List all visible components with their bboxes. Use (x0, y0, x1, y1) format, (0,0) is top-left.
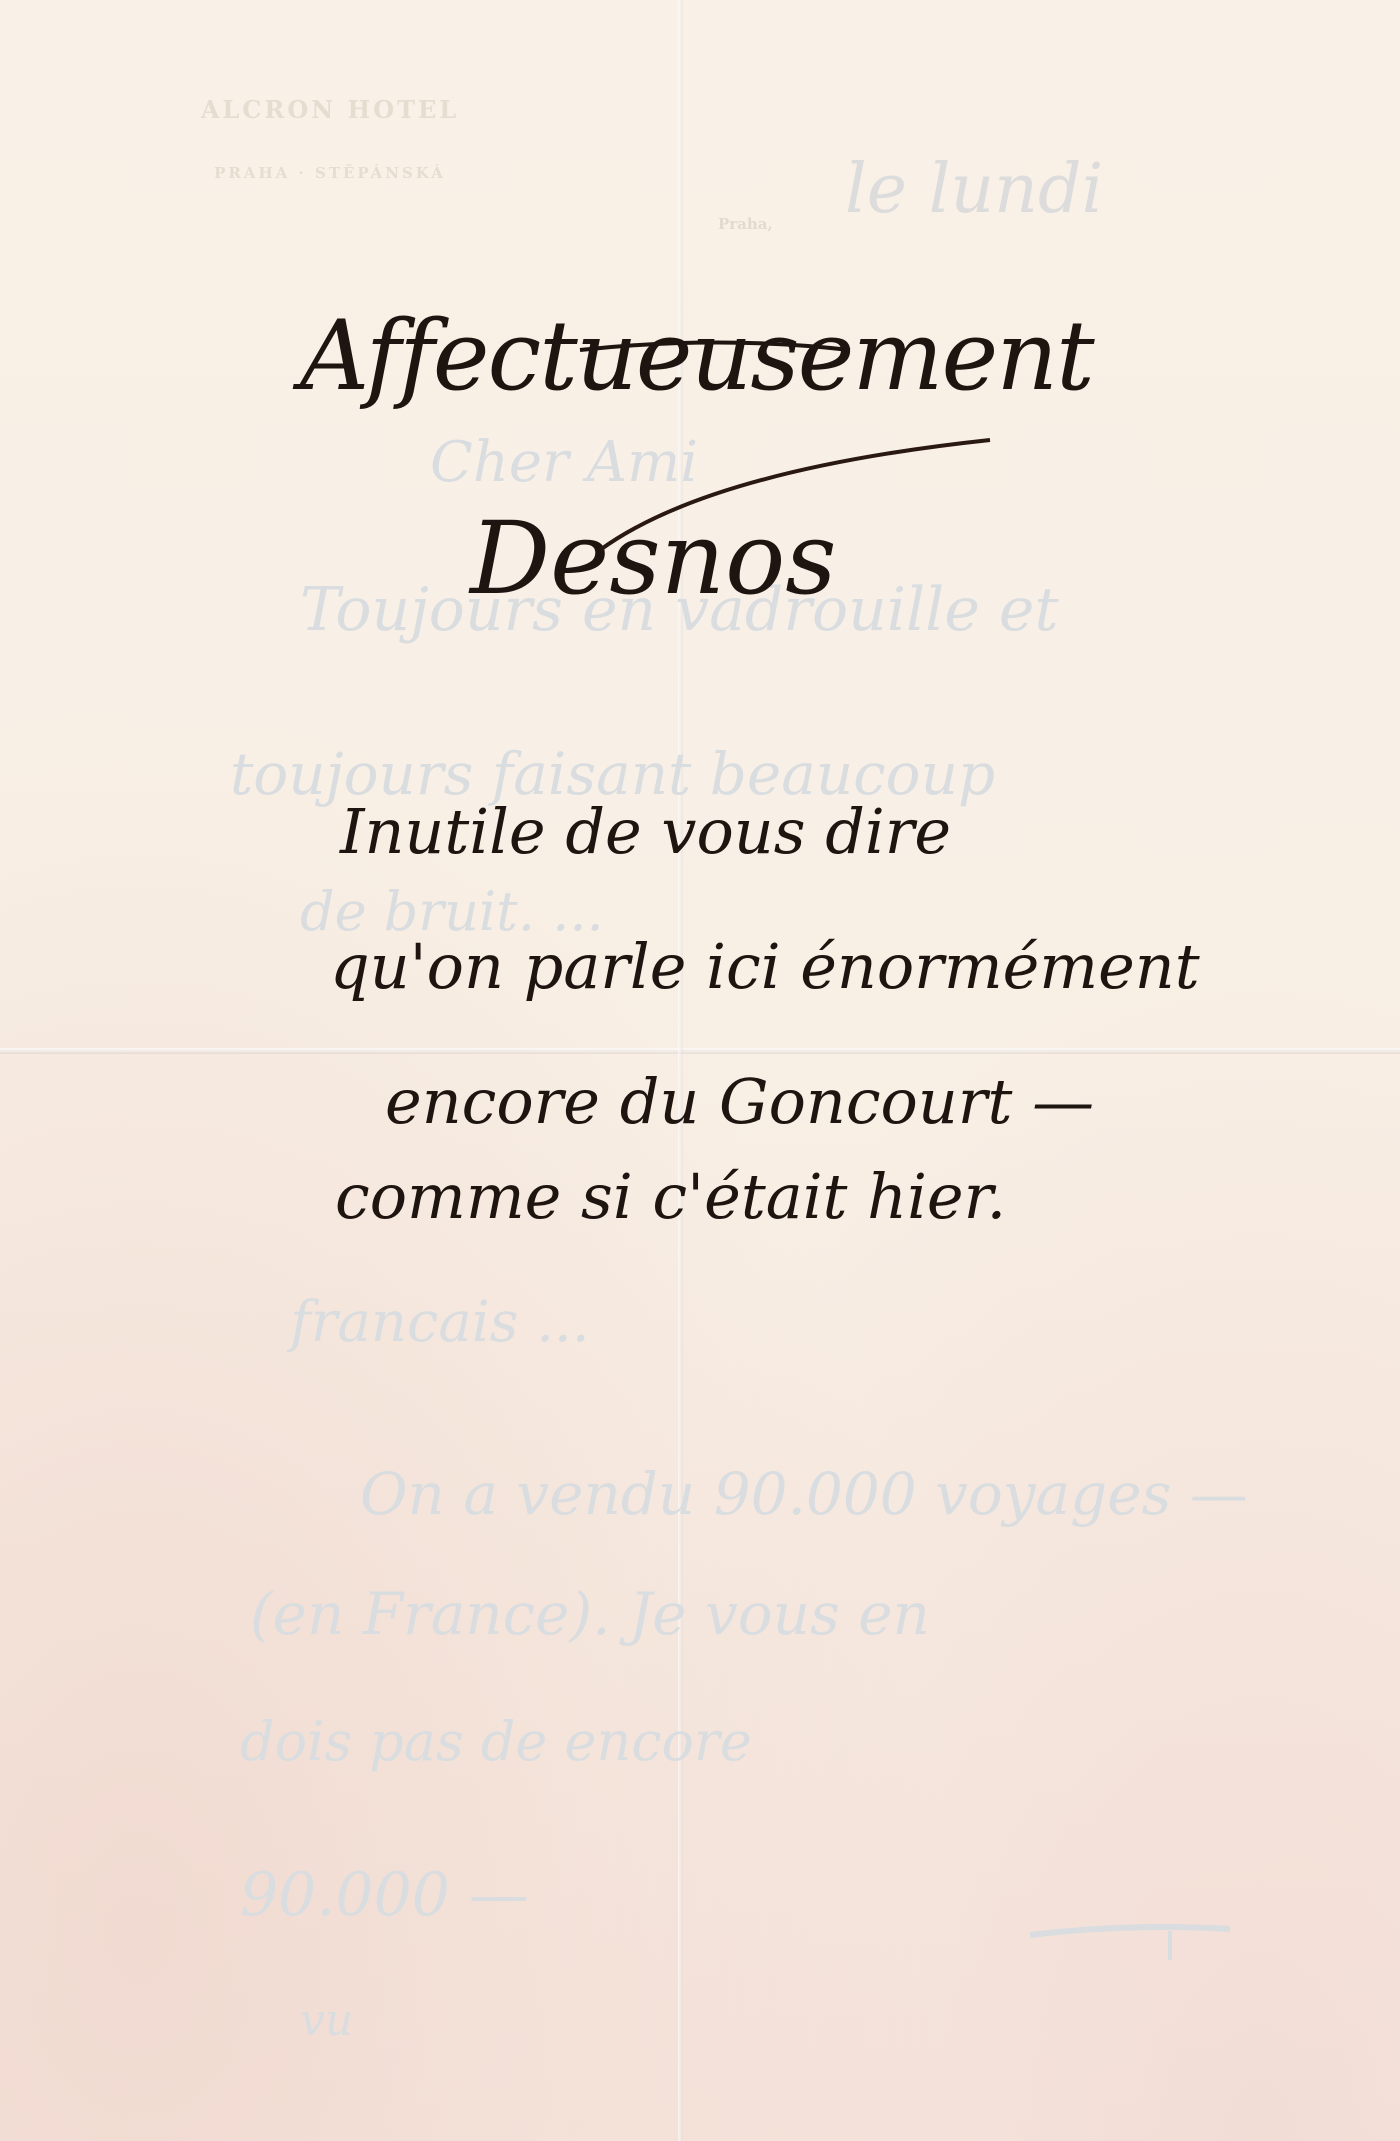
dateline-place: Praha, (718, 215, 773, 233)
ghost-line: dois pas de encore (240, 1710, 752, 1773)
hotel-letterhead: ALCRON HOTEL PRAHA · STĚPÁNSKÁ (120, 95, 540, 182)
letterhead-hotel-name: ALCRON HOTEL (120, 95, 540, 124)
dateline-date: le lundi (845, 150, 1103, 229)
ghost-line: (en France). Je vous en (250, 1580, 930, 1648)
ghost-underline (1020, 1905, 1240, 1965)
ghost-line: francais ... (290, 1290, 590, 1355)
body-line-3: encore du Goncourt — (385, 1065, 1094, 1138)
body-line-4: comme si c'était hier. (335, 1160, 1006, 1233)
horizontal-fold-crease (0, 1048, 1400, 1054)
ghost-line: vu (300, 1995, 353, 2046)
signature-flourish (590, 430, 1010, 560)
ghost-line: 90.000 — (240, 1860, 529, 1930)
salutation-flourish (560, 310, 860, 370)
body-line-1: Inutile de vous dire (340, 795, 951, 868)
ghost-line: On a vendu 90.000 voyages — (360, 1460, 1248, 1528)
body-line-2: qu'on parle ici énormément (330, 930, 1200, 1003)
letterhead-subtitle: PRAHA · STĚPÁNSKÁ (120, 164, 540, 182)
